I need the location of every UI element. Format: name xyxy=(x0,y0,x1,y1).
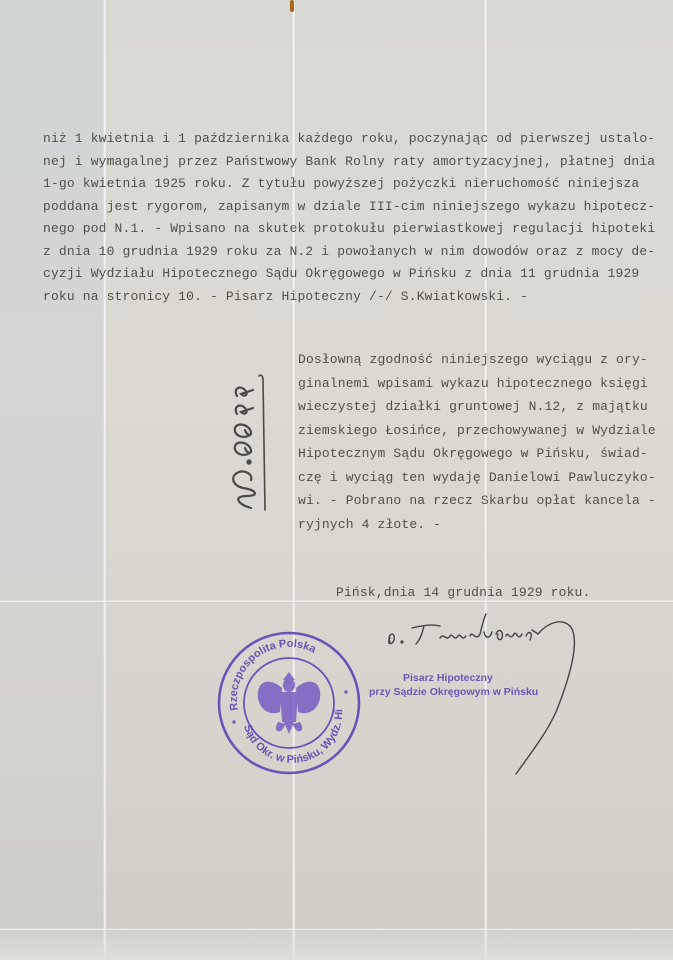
body-line: 1-go kwietnia 1925 roku. Z tytułu powyżs… xyxy=(43,173,655,196)
body-text: niż 1 kwietnia i 1 października każdego … xyxy=(43,128,655,308)
body-line: z dnia 10 grudnia 1929 roku za N.2 i pow… xyxy=(43,241,655,264)
body-line: roku na stronicy 10. - Pisarz Hipoteczny… xyxy=(43,286,655,309)
cert-line: Dosłowną zgodność niniejszego wyciągu z … xyxy=(298,348,656,372)
official-seal: Rzeczpospolita Polska Sąd Okr. w Pińsku,… xyxy=(216,630,362,776)
paper-edge xyxy=(0,925,673,960)
certification-text: Dosłowną zgodność niniejszego wyciągu z … xyxy=(298,348,656,536)
body-line: nego pod N.1. - Wpisano na skutek protok… xyxy=(43,218,655,241)
cert-line: ginalnemi wpisami wykazu hipotecznego ks… xyxy=(298,372,656,396)
body-line: poddana jest rygorom, zapisanym w dziale… xyxy=(43,196,655,219)
date-line: Pińsk,dnia 14 grudnia 1929 roku. xyxy=(336,582,590,605)
body-line: niż 1 kwietnia i 1 października każdego … xyxy=(43,128,655,151)
cert-line: ziemskiego Łosińce, przechowywanej w Wyd… xyxy=(298,419,656,443)
rust-mark xyxy=(290,0,294,12)
cert-line: Hipotecznym Sądu Okręgowego w Pińsku, św… xyxy=(298,442,656,466)
cert-line: wieczystej działki gruntowej N.12, z maj… xyxy=(298,395,656,419)
eagle-emblem-icon xyxy=(258,672,320,734)
document-page: niż 1 kwietnia i 1 października każdego … xyxy=(0,0,673,960)
cert-line: ryjnych 4 złote. - xyxy=(298,513,656,537)
body-line: nej i wymagalnej przez Państwowy Bank Ro… xyxy=(43,151,655,174)
title-stamp-line1: Pisarz Hipoteczny xyxy=(403,672,493,684)
cert-line: czę i wyciąg ten wydaję Danielowi Pawluc… xyxy=(298,466,656,490)
title-stamp-line2: przy Sądzie Okręgowym w Pińsku xyxy=(369,686,538,698)
registry-number-handwritten: № 6699 xyxy=(203,370,273,520)
cert-line: wi. - Pobrano na rzecz Skarbu opłat kanc… xyxy=(298,489,656,513)
body-line: cyzji Wydziału Hipotecznego Sądu Okręgow… xyxy=(43,263,655,286)
